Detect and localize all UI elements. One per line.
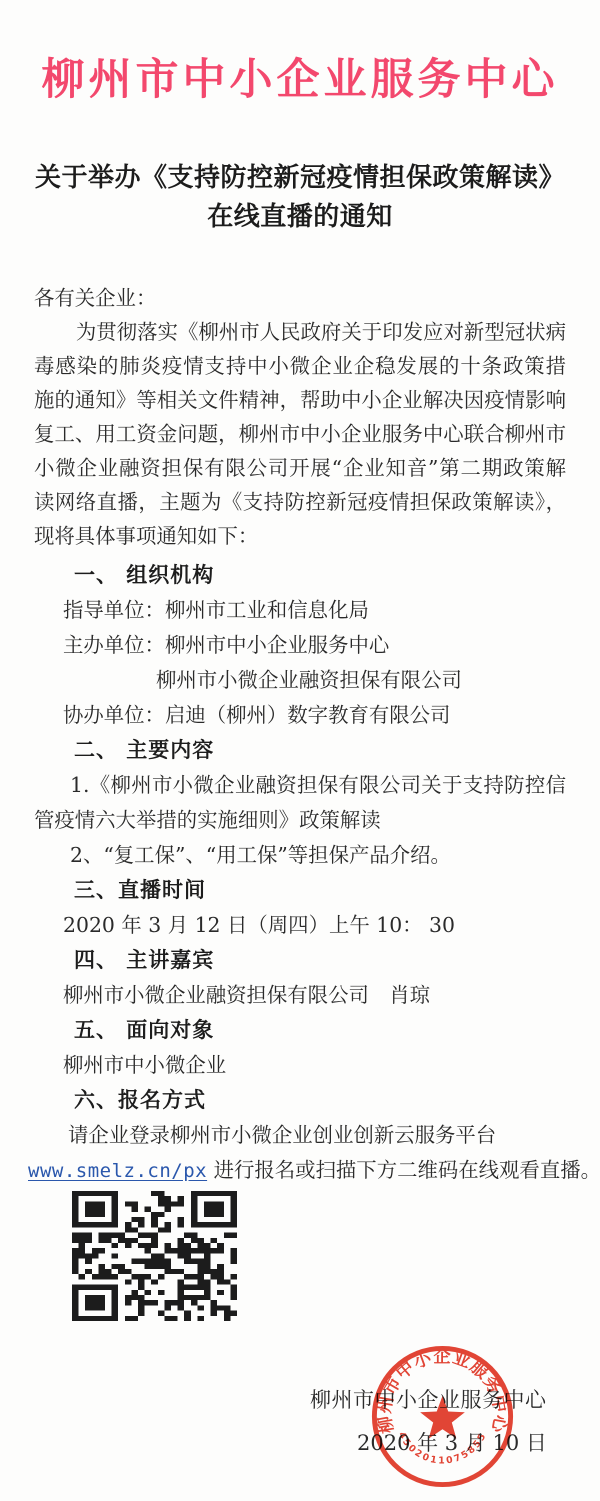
notice-title-line-2: 在线直播的通知 bbox=[0, 198, 600, 237]
notice-sections: 一、 组织机构 指导单位：柳州市工业和信息化局 主办单位：柳州市中小企业服务中心… bbox=[34, 558, 566, 1189]
registration-line-1: 请企业登录柳州市小微企业创业创新云服务平台 bbox=[34, 1118, 566, 1153]
speaker: 柳州市小微企业融资担保有限公司 肖琼 bbox=[34, 978, 566, 1013]
intro-paragraph: 为贯彻落实《柳州市人民政府关于印发应对新型冠状病 毒感染的肺炎疫情支持中小微企业… bbox=[34, 315, 566, 553]
letterhead-org-title: 柳州市中小企业服务中心 bbox=[0, 0, 600, 104]
registration-line-2-text: 进行报名或扫描下方二维码在线观看直播。 bbox=[214, 1158, 600, 1182]
section-heading-organization: 一、 组织机构 bbox=[34, 558, 566, 593]
seal-serial-number: 4502011075855 bbox=[396, 1430, 489, 1466]
intro-line: 施的通知》等相关文件精神，帮助中小企业解决因疫情影响 bbox=[34, 383, 566, 417]
org-row-host: 主办单位：柳州市中小企业服务中心 bbox=[34, 628, 566, 663]
intro-line: 复工、用工资金问题，柳州市中小企业服务中心联合柳州市 bbox=[34, 417, 566, 451]
notice-body: 各有关企业： 为贯彻落实《柳州市人民政府关于印发应对新型冠状病 毒感染的肺炎疫情… bbox=[0, 281, 600, 1321]
content-item-2: 2、“复工保”、“用工保”等担保产品介绍。 bbox=[34, 838, 566, 873]
org-row-guidance: 指导单位：柳州市工业和信息化局 bbox=[34, 593, 566, 628]
salutation: 各有关企业： bbox=[34, 281, 566, 315]
section-heading-registration: 六、报名方式 bbox=[34, 1083, 566, 1118]
section-heading-main-content: 二、 主要内容 bbox=[34, 733, 566, 768]
intro-line: 读网络直播，主题为《支持防控新冠疫情担保政策解读》， bbox=[34, 485, 566, 519]
seal-star-icon bbox=[420, 1396, 465, 1439]
registration-link[interactable]: www.smelz.cn/px bbox=[28, 1160, 207, 1182]
notice-title-line-1: 关于举办《支持防控新冠疫情担保政策解读》 bbox=[0, 159, 600, 198]
content-item-1-line-2: 管疫情六大举措的实施细则》政策解读 bbox=[34, 803, 566, 838]
section-heading-broadcast-time: 三、直播时间 bbox=[34, 873, 566, 908]
intro-line: 小微企业融资担保有限公司开展“企业知音”第二期政策解 bbox=[34, 451, 566, 485]
registration-line-2: www.smelz.cn/px 进行报名或扫描下方二维码在线观看直播。 bbox=[28, 1153, 566, 1189]
broadcast-time: 2020 年 3 月 12 日（周四）上午 10： 30 bbox=[34, 908, 566, 943]
scanned-notice-page: 柳州市中小企业服务中心 关于举办《支持防控新冠疫情担保政策解读》 在线直播的通知… bbox=[0, 0, 600, 1501]
intro-line: 为贯彻落实《柳州市人民政府关于印发应对新型冠状病 bbox=[34, 315, 566, 349]
audience: 柳州市中小微企业 bbox=[34, 1048, 566, 1083]
intro-line: 现将具体事项通知如下： bbox=[34, 519, 566, 553]
section-heading-speaker: 四、 主讲嘉宾 bbox=[34, 943, 566, 978]
notice-title: 关于举办《支持防控新冠疫情担保政策解读》 在线直播的通知 bbox=[0, 159, 600, 237]
qr-code bbox=[72, 1191, 237, 1321]
intro-line: 毒感染的肺炎疫情支持中小微企业企稳发展的十条政策措 bbox=[34, 349, 566, 383]
qr-code-wrap bbox=[72, 1191, 237, 1321]
section-heading-audience: 五、 面向对象 bbox=[34, 1013, 566, 1048]
content-item-1-line-1: 1.《柳州市小微企业融资担保有限公司关于支持防控信 bbox=[34, 768, 566, 803]
official-seal: 柳州市中小企业服务中心 4502011075855 bbox=[369, 1343, 516, 1490]
org-row-cohost: 协办单位：启迪（柳州）数字教育有限公司 bbox=[34, 698, 566, 733]
org-row-host-2: 柳州市小微企业融资担保有限公司 bbox=[34, 663, 566, 698]
svg-text:4502011075855: 4502011075855 bbox=[396, 1430, 489, 1466]
